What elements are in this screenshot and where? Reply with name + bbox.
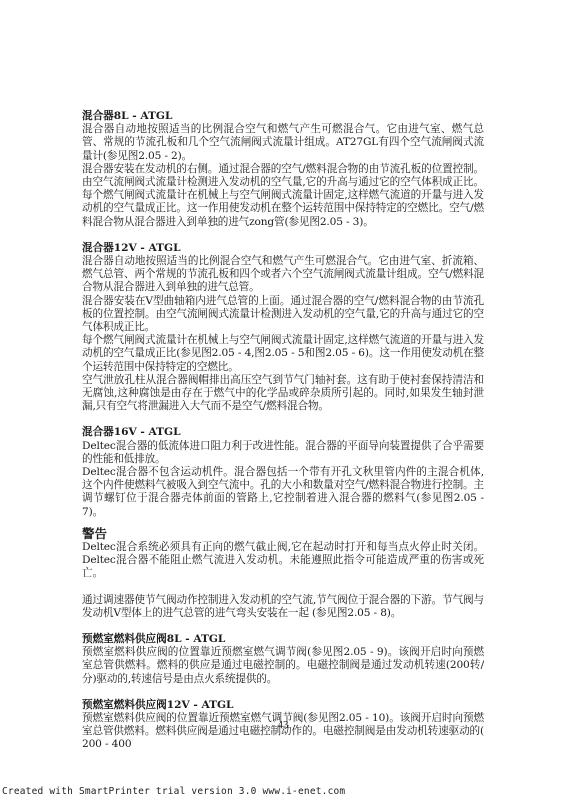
paragraph: 混合器自动地按照适当的比例混合空气和燃气产生可燃混合气。它由进气室、折流箱、燃气… bbox=[82, 255, 484, 295]
spacer bbox=[82, 229, 484, 242]
section-heading: 混合器8L - ATGL bbox=[82, 110, 484, 123]
section-heading: 预燃室燃料供应阀8L - ATGL bbox=[82, 633, 484, 646]
section-mixer-8l: 混合器8L - ATGL 混合器自动地按照适当的比例混合空气和燃气产生可燃混合气… bbox=[82, 110, 484, 229]
section-mixer-16v: 混合器16V - ATGL Deltec混合器的低流体进口阻力利于改进性能。混合… bbox=[82, 426, 484, 518]
spacer bbox=[82, 581, 484, 594]
warning-text: Deltec混合系统必须具有正向的燃气截止阀,它在起动时打开和每当点火停止时关闭… bbox=[82, 541, 484, 581]
spacer bbox=[82, 413, 484, 426]
footer-watermark: Created with SmartPrinter trial version … bbox=[2, 786, 345, 797]
section-heading: 预燃室燃料供应阀12V - ATGL bbox=[82, 699, 484, 712]
paragraph: 混合器自动地按照适当的比例混合空气和燃气产生可燃混合气。它由进气室、燃气总管、常… bbox=[82, 123, 484, 163]
section-mixer-12v: 混合器12V - ATGL 混合器自动地按照适当的比例混合空气和燃气产生可燃混合… bbox=[82, 242, 484, 414]
document-page: 混合器8L - ATGL 混合器自动地按照适当的比例混合空气和燃气产生可燃混合气… bbox=[82, 110, 484, 752]
warning-heading: 警告 bbox=[82, 526, 484, 541]
page-number: 43 bbox=[0, 719, 566, 731]
paragraph: 混合器安装在发动机的右侧。通过混合器的空气/燃料混合物的由节流孔板的位置控制。由… bbox=[82, 163, 484, 229]
paragraph: 预燃室燃料供应阀的位置靠近预燃室燃气调节阀(参见图2.05 - 10)。该阀开启… bbox=[82, 712, 484, 752]
spacer bbox=[82, 519, 484, 526]
paragraph: 每个燃气闸阀式流量计在机械上与空气闸阀式流量计固定,这样燃气流道的开量与进入发动… bbox=[82, 334, 484, 374]
section-heading: 混合器12V - ATGL bbox=[82, 242, 484, 255]
warning-block: 警告 Deltec混合系统必须具有正向的燃气截止阀,它在起动时打开和每当点火停止… bbox=[82, 526, 484, 581]
paragraph: 空气泄放孔柱从混合器阀帽排出高压空气到节气门轴衬套。这有助于使衬套保持清洁和无腐… bbox=[82, 374, 484, 414]
spacer bbox=[82, 620, 484, 633]
spacer bbox=[82, 686, 484, 699]
paragraph: Deltec混合器不包含运动机件。混合器包括一个带有开孔文秋里管内件的主混合机体… bbox=[82, 466, 484, 519]
section-prechamber-8l: 预燃室燃料供应阀8L - ATGL 预燃室燃料供应阀的位置靠近预燃室燃气调节阀(… bbox=[82, 633, 484, 686]
section-heading: 混合器16V - ATGL bbox=[82, 426, 484, 439]
paragraph: 预燃室燃料供应阀的位置靠近预燃室燃气调节阀(参见图2.05 - 9)。该阀开启时… bbox=[82, 646, 484, 686]
paragraph: Deltec混合器的低流体进口阻力利于改进性能。混合器的平面导向装置提供了合乎需… bbox=[82, 440, 484, 466]
paragraph: 混合器安装在V型曲轴箱内进气总管的上面。通过混合器的空气/燃料混合物的由节流孔板… bbox=[82, 295, 484, 335]
throttle-paragraph: 通过调速器使节气阀动作控制进入发动机的空气流,节气阀位于混合器的下游。节气阀与发… bbox=[82, 594, 484, 620]
